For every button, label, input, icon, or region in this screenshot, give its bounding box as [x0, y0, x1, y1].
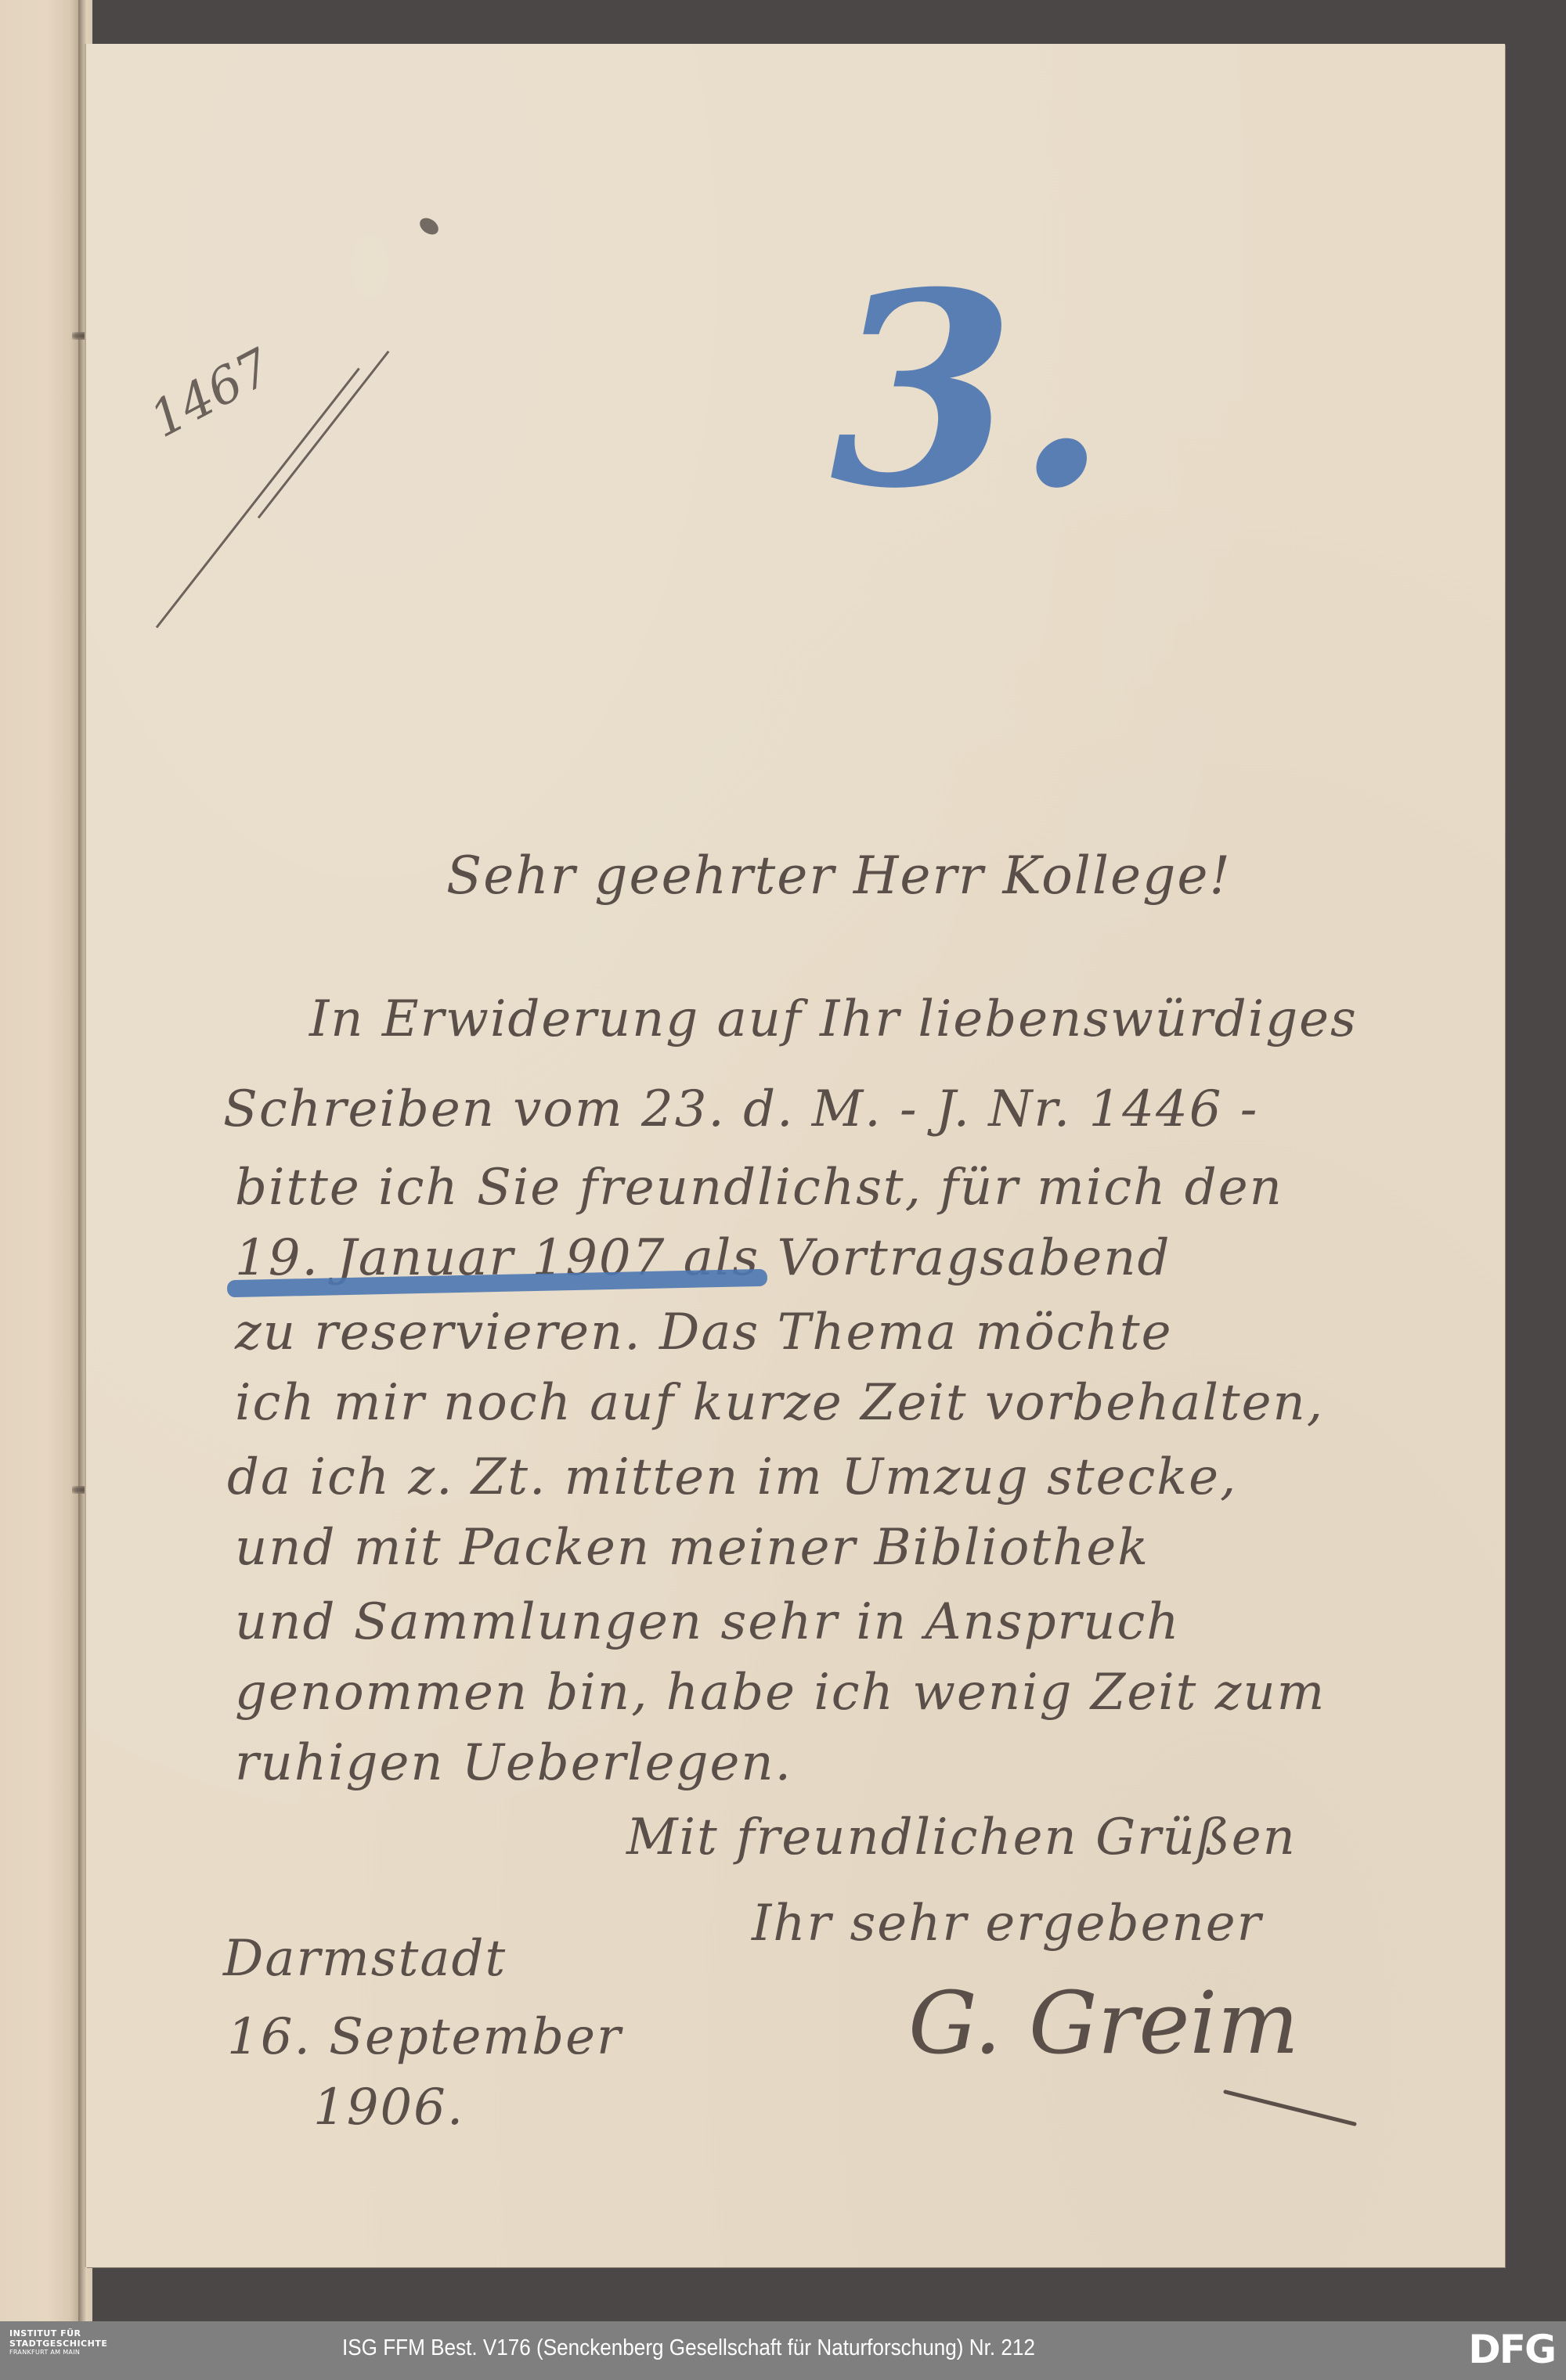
institution-line-3: FRANKFURT AM MAIN	[9, 2349, 107, 2356]
body-line: und Sammlungen sehr in Anspruch	[235, 1593, 1180, 1651]
signature: G. Greim	[908, 1973, 1299, 2073]
body-line: und mit Packen meiner Bibliothek	[235, 1519, 1149, 1577]
place: Darmstadt	[223, 1930, 507, 1988]
body-line: ruhigen Ueberlegen.	[235, 1734, 792, 1792]
body-line: In Erwiderung auf Ihr liebenswürdiges	[309, 990, 1358, 1048]
body-line: genommen bin, habe ich wenig Zeit zum	[235, 1664, 1326, 1722]
body-line: zu reservieren. Das Thema möchte	[235, 1304, 1172, 1361]
date: 16. September	[227, 2008, 622, 2066]
body-line: da ich z. Zt. mitten im Umzug stecke,	[227, 1448, 1237, 1506]
dfg-logo: DFG	[1468, 2326, 1555, 2373]
body-line: ich mir noch auf kurze Zeit vorbehalten,	[235, 1374, 1324, 1432]
body-line: Schreiben vom 23. d. M. - J. Nr. 1446 -	[223, 1080, 1258, 1138]
previous-page-edge	[0, 0, 78, 2321]
body-line: bitte ich Sie freundlichst, für mich den	[235, 1159, 1283, 1217]
archive-caption: ISG FFM Best. V176 (Senckenberg Gesellsc…	[342, 2335, 1035, 2361]
archive-footer: INSTITUT FÜR STADTGESCHICHTE FRANKFURT A…	[0, 2321, 1566, 2380]
closing-2: Ihr sehr ergebener	[752, 1895, 1262, 1953]
institution-logo: INSTITUT FÜR STADTGESCHICHTE FRANKFURT A…	[9, 2329, 107, 2356]
year: 1906.	[313, 2079, 464, 2137]
institution-line-1: INSTITUT FÜR	[9, 2329, 107, 2338]
salutation: Sehr geehrter Herr Kollege!	[446, 846, 1232, 906]
institution-line-2: STADTGESCHICHTE	[9, 2339, 107, 2348]
closing: Mit freundlichen Grüßen	[626, 1808, 1297, 1866]
blue-pencil-number: 3.	[830, 258, 1108, 525]
